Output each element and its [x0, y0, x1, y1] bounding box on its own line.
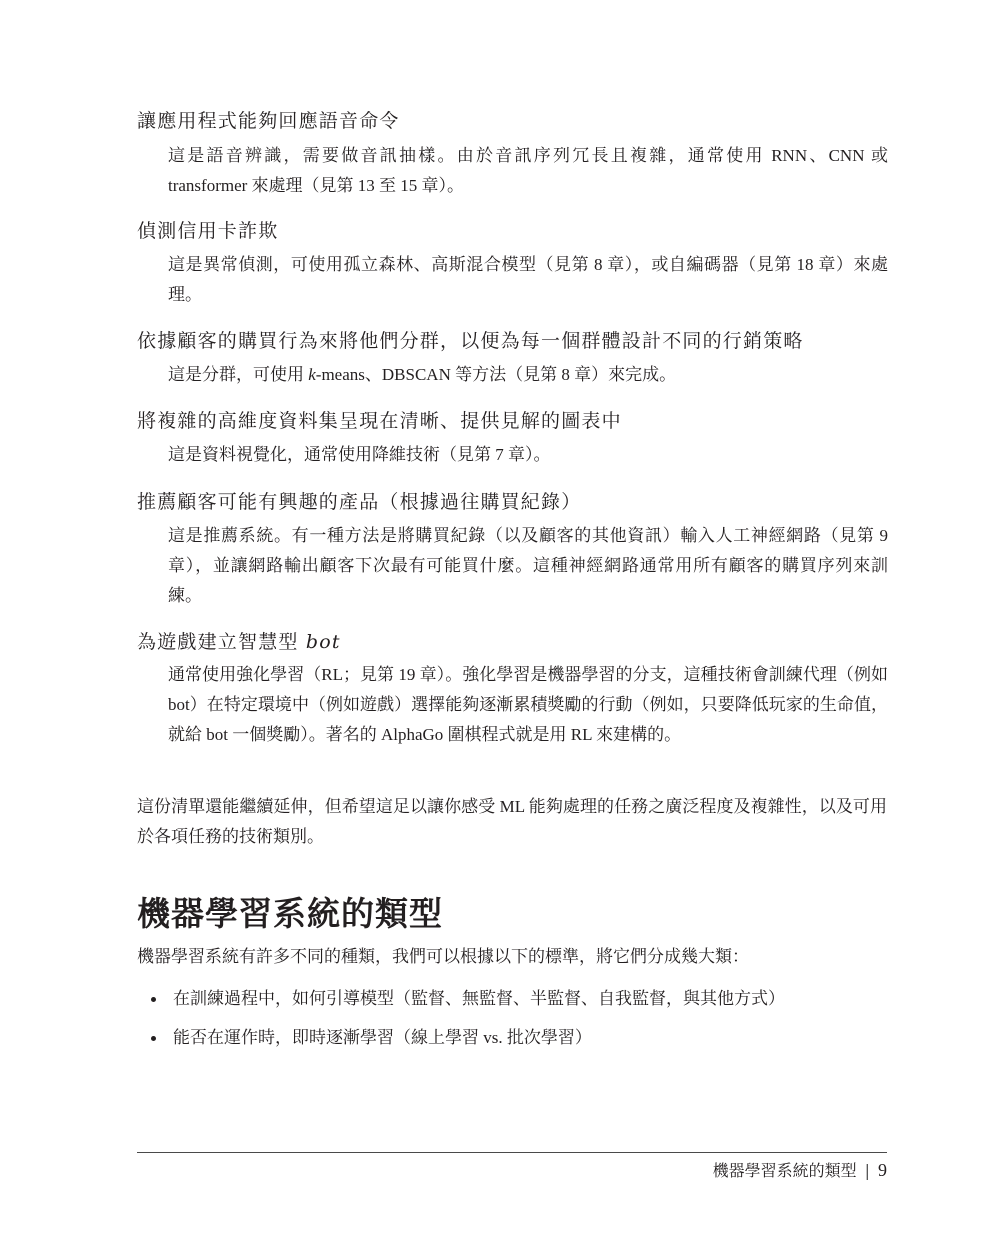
- page-footer: 機器學習系統的類型|9: [713, 1158, 887, 1181]
- body-italic-k: k: [308, 365, 316, 384]
- item-heading-voice-commands: 讓應用程式能夠回應語音命令: [137, 106, 400, 133]
- heading-text: 為遊戲建立智慧型: [137, 631, 306, 653]
- item-heading-credit-card-fraud: 偵測信用卡詐欺: [137, 216, 278, 243]
- section-title: 機器學習系統的類型: [137, 888, 443, 935]
- item-body-voice-commands: 這是語音辨識，需要做音訊抽樣。由於音訊序列冗長且複雜，通常使用 RNN、CNN …: [168, 141, 888, 201]
- item-body-credit-card-fraud: 這是異常偵測，可使用孤立森林、高斯混合模型（見第 8 章），或自編碼器（見第 1…: [168, 250, 888, 310]
- body-suffix: -means、DBSCAN 等方法（見第 8 章）來完成。: [316, 365, 676, 384]
- item-heading-game-bot: 為遊戲建立智慧型 bot: [137, 627, 341, 654]
- item-body-recommendation: 這是推薦系統。有一種方法是將購買紀錄（以及顧客的其他資訊）輸入人工神經網路（見第…: [168, 521, 888, 611]
- item-heading-recommendation: 推薦顧客可能有興趣的產品（根據過往購買紀錄）: [137, 487, 581, 514]
- section-intro: 機器學習系統有許多不同的種類，我們可以根據以下的標準，將它們分成幾大類：: [137, 942, 887, 972]
- body-prefix: 這是分群，可使用: [168, 365, 308, 384]
- list-item-text: 在訓練過程中，如何引導模型（監督、無監督、半監督、自我監督，與其他方式）: [173, 989, 785, 1008]
- item-body-game-bot: 通常使用強化學習（RL；見第 19 章）。強化學習是機器學習的分支，這種技術會訓…: [168, 660, 888, 750]
- closing-paragraph: 這份清單還能繼續延伸，但希望這足以讓你感受 ML 能夠處理的任務之廣泛程度及複雜…: [137, 792, 887, 852]
- bullet-icon: [151, 1036, 156, 1041]
- heading-italic-bot: bot: [306, 631, 341, 653]
- footer-divider: [137, 1152, 887, 1153]
- footer-chapter-title: 機器學習系統的類型: [713, 1161, 857, 1180]
- item-heading-customer-segmentation: 依據顧客的購買行為來將他們分群，以便為每一個群體設計不同的行銷策略: [137, 326, 804, 353]
- list-item: 能否在運作時，即時逐漸學習（線上學習 vs. 批次學習）: [137, 1023, 887, 1062]
- item-body-customer-segmentation: 這是分群，可使用 k-means、DBSCAN 等方法（見第 8 章）來完成。: [168, 360, 888, 390]
- item-body-data-visualization: 這是資料視覺化，通常使用降維技術（見第 7 章）。: [168, 440, 888, 470]
- criteria-list: 在訓練過程中，如何引導模型（監督、無監督、半監督、自我監督，與其他方式） 能否在…: [137, 984, 887, 1062]
- item-heading-data-visualization: 將複雜的高維度資料集呈現在清晰、提供見解的圖表中: [137, 406, 622, 433]
- list-item: 在訓練過程中，如何引導模型（監督、無監督、半監督、自我監督，與其他方式）: [137, 984, 887, 1023]
- page-number: 9: [878, 1160, 887, 1180]
- bullet-icon: [151, 997, 156, 1002]
- footer-separator: |: [865, 1161, 870, 1180]
- list-item-text: 能否在運作時，即時逐漸學習（線上學習 vs. 批次學習）: [173, 1028, 592, 1047]
